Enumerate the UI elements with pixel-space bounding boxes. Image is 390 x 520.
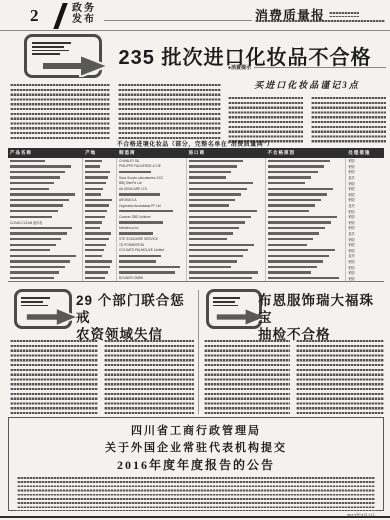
section-title-line1: 政务 <box>72 3 96 14</box>
table-header-cell: 不合格原因 <box>266 148 347 158</box>
sub-headline-left: 29 个部门联合惩戒 农资领域失信 <box>76 292 196 343</box>
table-header-cell: 产地 <box>83 148 117 158</box>
tip-box-header: ●消费提示 <box>228 64 386 71</box>
masthead-side-microtext <box>329 12 359 17</box>
tip-body-column-1 <box>228 97 303 143</box>
arrow-right-icon-left <box>26 308 78 326</box>
newspaper-page: 2 政务 发布 消费质量报 235 批次进口化妆品不合格 ●消费提示 买进口化妆… <box>0 0 390 520</box>
tip-label: ●消费提示 <box>228 64 251 71</box>
tip-box: ●消费提示 买进口化妆品谨记3点 <box>228 64 386 143</box>
lead-body-column-2 <box>118 84 221 140</box>
page-number: 2 <box>30 6 39 26</box>
announcement-body-text <box>17 477 375 511</box>
table-cell-measure: 销毁 <box>346 275 384 281</box>
tip-body-column-2 <box>311 97 386 143</box>
table-caption: 不合格进境化妆品（部分，完整名单在“消费质量网”） <box>0 139 390 148</box>
header-rule <box>0 30 390 31</box>
sub-headline-left-line1: 29 个部门联合惩戒 <box>76 292 196 326</box>
sub-headline-right: 布恩服饰瑞大福珠宝 抽检不合格 <box>258 292 388 343</box>
table-header-cell: 进口商 <box>187 148 266 158</box>
bubble-microtext-right <box>209 292 259 306</box>
table-header-cell: 产品名称 <box>8 148 83 158</box>
sub-story-left-column-2 <box>104 340 194 414</box>
masthead-microtext-line <box>255 20 385 24</box>
table-cell-importer <box>187 275 266 281</box>
table-row: BOUNER GMBH销毁 <box>8 275 384 281</box>
table-cell-reason <box>266 275 347 281</box>
tip-header-rule <box>254 67 386 68</box>
sub-headline-right-line1: 布恩服饰瑞大福珠宝 <box>258 292 388 326</box>
sub-story-right-column-2 <box>296 340 384 414</box>
table-cell-manufacturer: BOUNER GMBH <box>117 275 187 281</box>
bubble-microtext <box>27 37 99 55</box>
sub-story-left-column-1 <box>10 340 98 414</box>
table-cell-name <box>8 275 83 281</box>
announcement-title-line2: 关于外国企业常驻代表机构提交 <box>17 439 375 455</box>
arrow-right-icon <box>42 55 108 77</box>
tip-body <box>228 97 386 143</box>
header-slash-divider <box>53 3 67 29</box>
bubble-microtext-left <box>17 292 69 306</box>
announcement-box: 四川省工商行政管理局 关于外国企业常驻代表机构提交 2016年度年度报告的公告 … <box>8 417 384 511</box>
header-thin-rule <box>104 20 252 21</box>
tip-title: 买进口化妆品谨记3点 <box>228 78 386 91</box>
section-title-line2: 发布 <box>72 14 96 25</box>
section-title: 政务 发布 <box>72 3 96 25</box>
table-cell-origin <box>83 275 117 281</box>
table-header-cell: 处理措施 <box>346 148 384 158</box>
sub-story-right-column-1 <box>204 340 290 414</box>
page-bottom-rule <box>0 516 390 518</box>
lead-body-column-1 <box>10 84 110 140</box>
results-table: 产品名称产地制造商进口商不合格原因处理措施 CHANLEY SA销毁PHILIP… <box>8 148 384 282</box>
announcement-title-line1: 四川省工商行政管理局 <box>17 422 375 438</box>
table-header-row: 产品名称产地制造商进口商不合格原因处理措施 <box>8 148 384 158</box>
table-header-cell: 制造商 <box>117 148 187 158</box>
announcement-title-line3: 2016年度年度报告的公告 <box>17 456 375 473</box>
table-body: CHANLEY SA销毁PHILIPPE FAUVERGE & CIE销毁销毁S… <box>8 158 384 281</box>
column-divider <box>198 290 199 414</box>
